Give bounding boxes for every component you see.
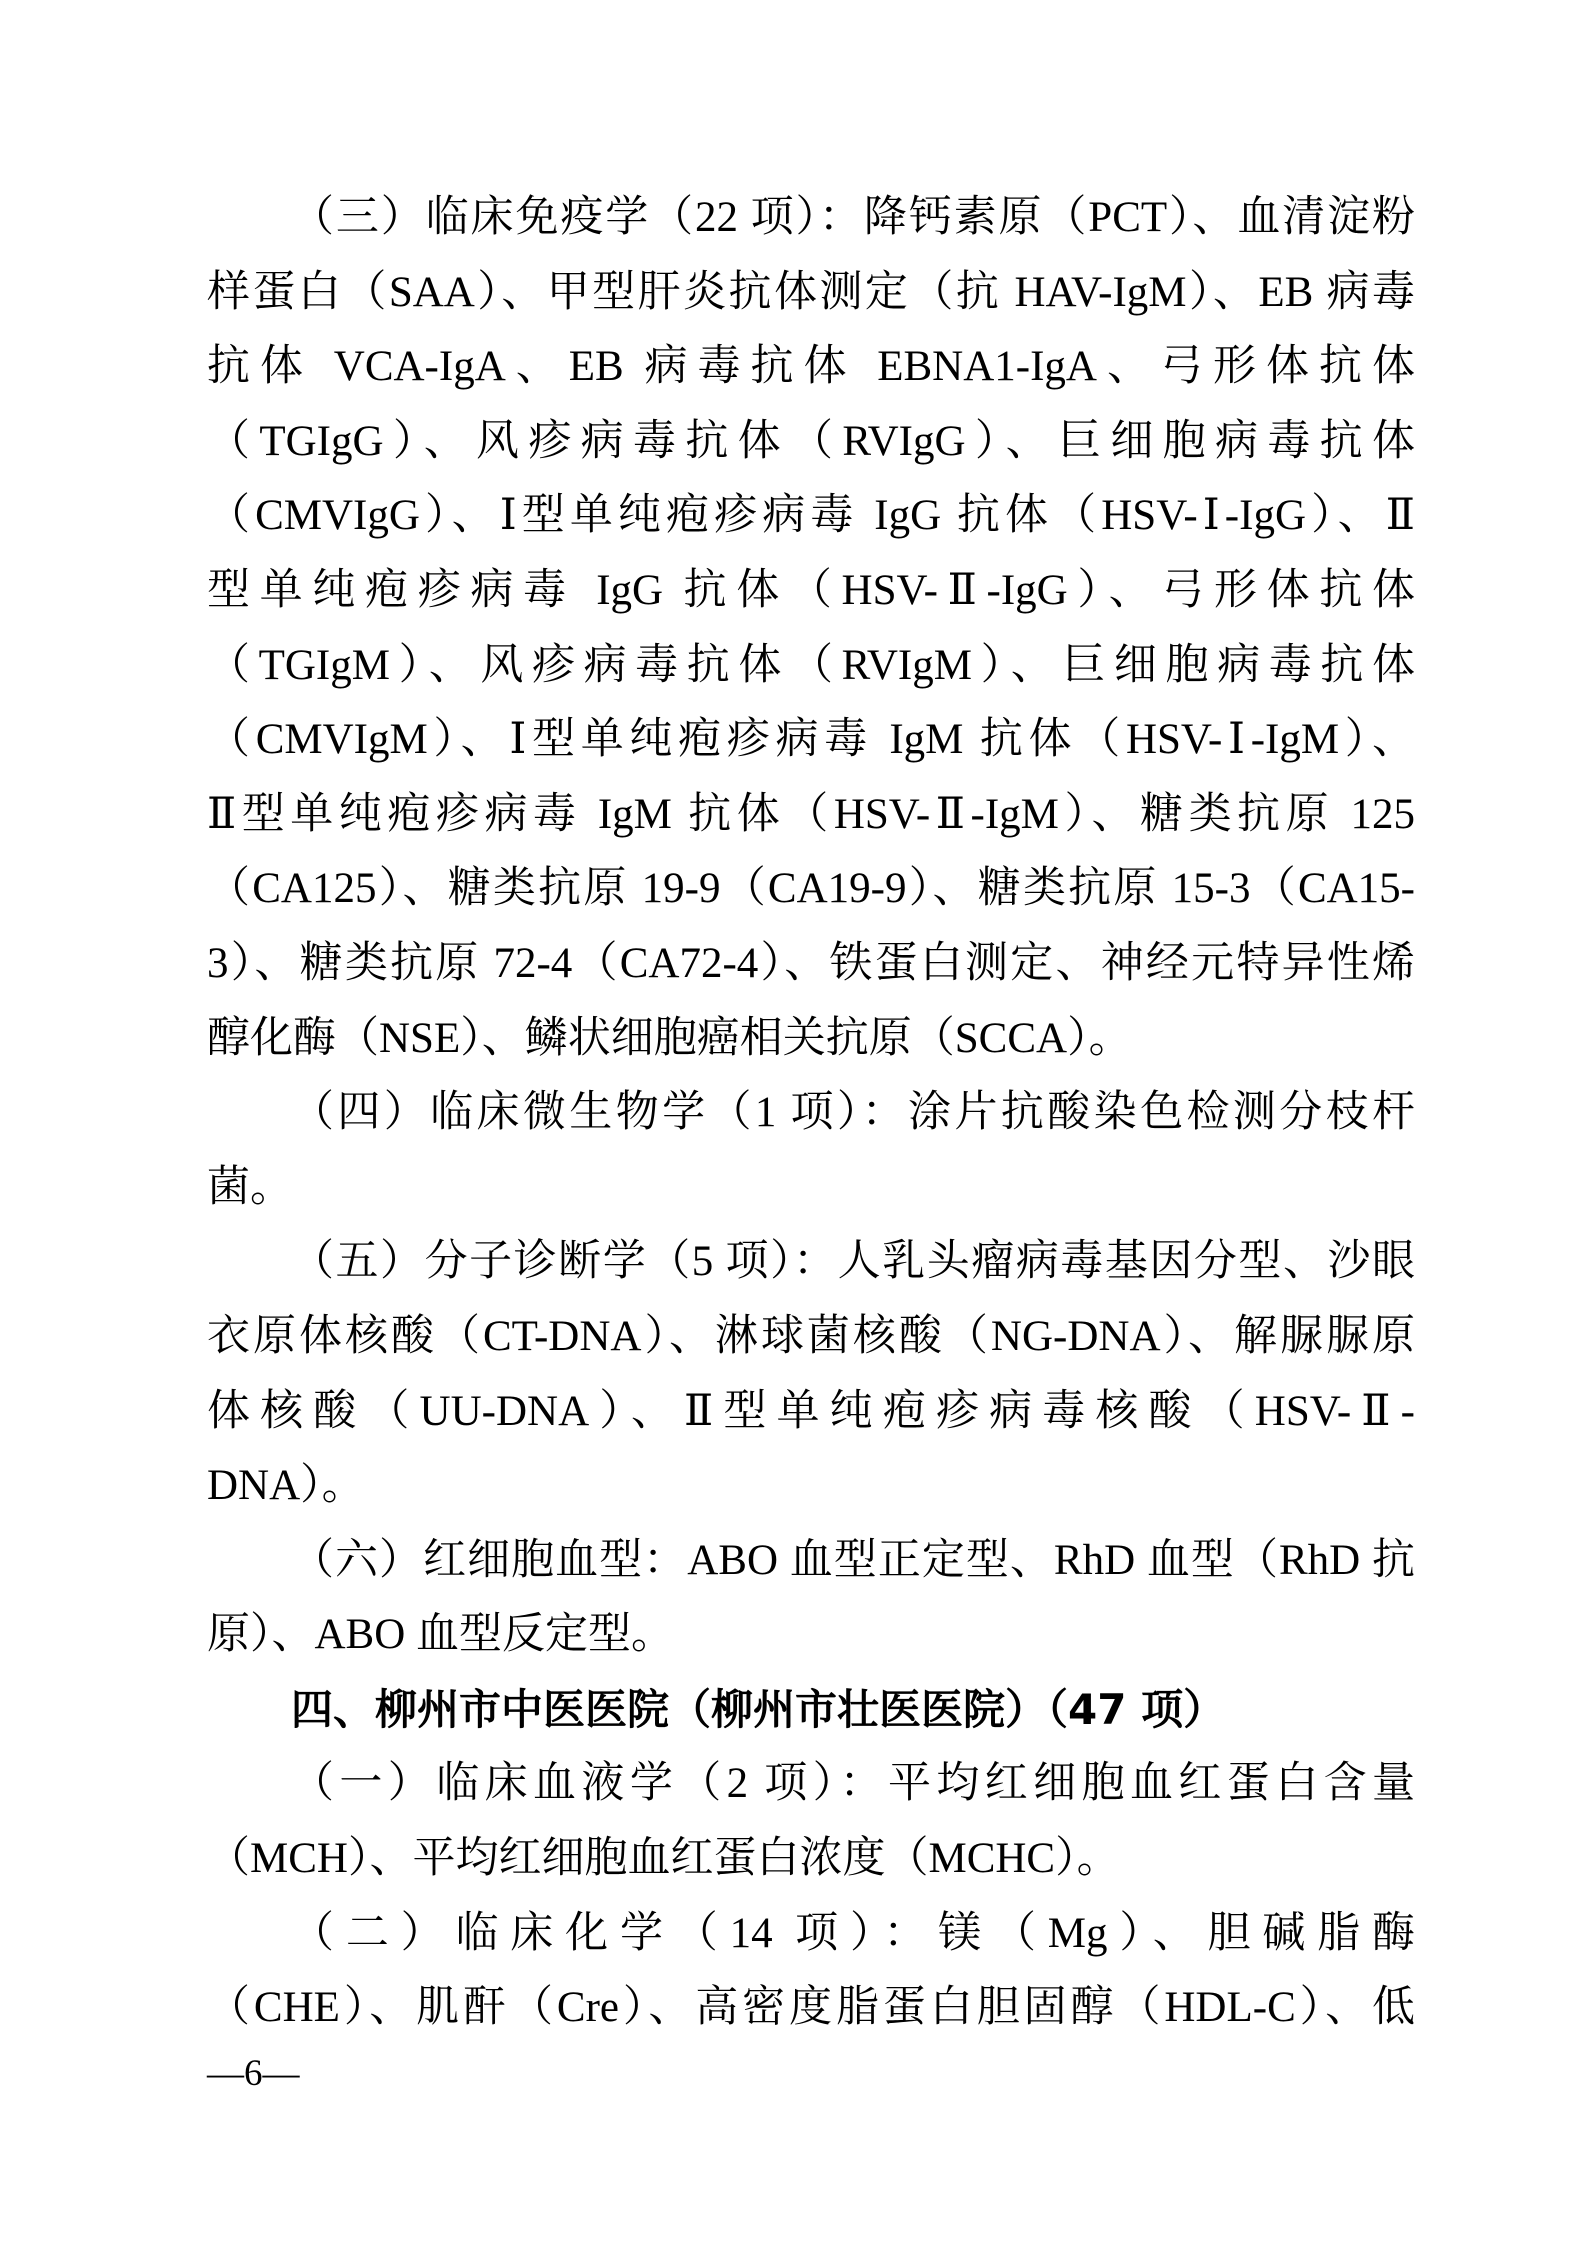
text-line: （MCH）、平均红细胞血红蛋白浓度（MCHC）。 bbox=[207, 1822, 1415, 1897]
text-line: 3）、糖类抗原 72-4（CA72-4）、铁蛋白测定、神经元特异性烯 bbox=[207, 927, 1415, 1002]
item-5-molecular-diagnostics: （五）分子诊断学（5 项）：人乳头瘤病毒基因分型、沙眼衣原体核酸（CT-DNA）… bbox=[207, 1225, 1415, 1523]
text-line: （一）临床血液学（2 项）：平均红细胞血红蛋白含量 bbox=[207, 1747, 1415, 1822]
text-line: （四）临床微生物学（1 项）：涂片抗酸染色检测分枝杆 bbox=[207, 1076, 1415, 1151]
document-page: （三）临床免疫学（22 项）：降钙素原（PCT）、血清淀粉样蛋白（SAA）、甲型… bbox=[0, 0, 1588, 2245]
text-line: 体核酸（UU-DNA）、Ⅱ型单纯疱疹病毒核酸（HSV-Ⅱ- bbox=[207, 1375, 1415, 1450]
text-line: 衣原体核酸（CT-DNA）、淋球菌核酸（NG-DNA）、解脲脲原 bbox=[207, 1300, 1415, 1375]
section-4-liuzhou-tcm-hospital-heading: 四、柳州市中医医院（柳州市壮医医院）（47 项） bbox=[207, 1673, 1415, 1748]
text-line: （六）红细胞血型：ABO 血型正定型、RhD 血型（RhD 抗 bbox=[207, 1524, 1415, 1599]
text-line: 抗体 VCA-IgA、EB 病毒抗体 EBNA1-IgA、弓形体抗体 bbox=[207, 330, 1415, 405]
text-line: （五）分子诊断学（5 项）：人乳头瘤病毒基因分型、沙眼 bbox=[207, 1225, 1415, 1300]
text-line: DNA）。 bbox=[207, 1449, 1415, 1524]
document-body: （三）临床免疫学（22 项）：降钙素原（PCT）、血清淀粉样蛋白（SAA）、甲型… bbox=[207, 181, 1415, 2046]
item-3-clinical-immunology: （三）临床免疫学（22 项）：降钙素原（PCT）、血清淀粉样蛋白（SAA）、甲型… bbox=[207, 181, 1415, 1076]
section-heading-line: 四、柳州市中医医院（柳州市壮医医院）（47 项） bbox=[207, 1673, 1415, 1748]
text-line: 醇化酶（NSE）、鳞状细胞癌相关抗原（SCCA）。 bbox=[207, 1002, 1415, 1077]
text-line: （CMVIgM）、Ⅰ型单纯疱疹病毒 IgM 抗体（HSV-Ⅰ-IgM）、 bbox=[207, 703, 1415, 778]
text-line: （CA125）、糖类抗原 19-9（CA19-9）、糖类抗原 15-3（CA15… bbox=[207, 852, 1415, 927]
text-line: 菌。 bbox=[207, 1151, 1415, 1226]
item-4-clinical-microbiology: （四）临床微生物学（1 项）：涂片抗酸染色检测分枝杆菌。 bbox=[207, 1076, 1415, 1225]
text-line: 样蛋白（SAA）、甲型肝炎抗体测定（抗 HAV-IgM）、EB 病毒 bbox=[207, 256, 1415, 331]
text-line: （三）临床免疫学（22 项）：降钙素原（PCT）、血清淀粉 bbox=[207, 181, 1415, 256]
page-number: —6— bbox=[207, 2052, 300, 2096]
item-2-clinical-chemistry: （二）临床化学（14 项）：镁（Mg）、胆碱脂酶（CHE）、肌酐（Cre）、高密… bbox=[207, 1897, 1415, 2046]
text-line: （TGIgG）、风疹病毒抗体（RVIgG）、巨细胞病毒抗体 bbox=[207, 405, 1415, 480]
text-line: （CMVIgG）、Ⅰ型单纯疱疹病毒 IgG 抗体（HSV-Ⅰ-IgG）、Ⅱ bbox=[207, 479, 1415, 554]
text-line: （CHE）、肌酐（Cre）、高密度脂蛋白胆固醇（HDL-C）、低 bbox=[207, 1971, 1415, 2046]
text-line: Ⅱ型单纯疱疹病毒 IgM 抗体（HSV-Ⅱ-IgM）、糖类抗原 125 bbox=[207, 778, 1415, 853]
text-line: 型单纯疱疹病毒 IgG 抗体（HSV-Ⅱ-IgG）、弓形体抗体 bbox=[207, 554, 1415, 629]
text-line: （TGIgM）、风疹病毒抗体（RVIgM）、巨细胞病毒抗体 bbox=[207, 629, 1415, 704]
item-6-rbc-blood-group: （六）红细胞血型：ABO 血型正定型、RhD 血型（RhD 抗原）、ABO 血型… bbox=[207, 1524, 1415, 1673]
text-line: 原）、ABO 血型反定型。 bbox=[207, 1598, 1415, 1673]
item-1-clinical-hematology: （一）临床血液学（2 项）：平均红细胞血红蛋白含量（MCH）、平均红细胞血红蛋白… bbox=[207, 1747, 1415, 1896]
text-line: （二）临床化学（14 项）：镁（Mg）、胆碱脂酶 bbox=[207, 1897, 1415, 1972]
